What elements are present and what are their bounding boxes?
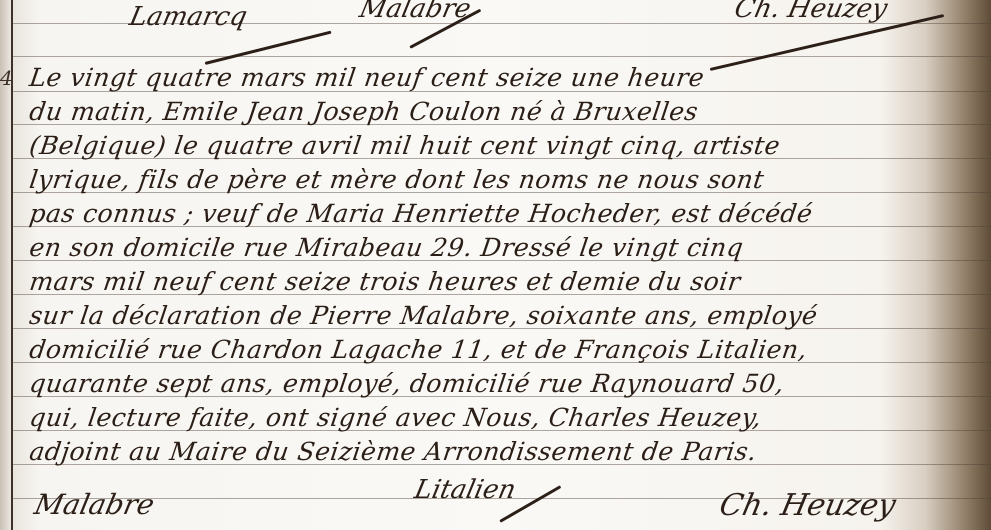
signature-lamarcq: Lamarcq: [127, 2, 250, 32]
signature-litalien: Litalien: [412, 475, 519, 505]
signature-heuzey-top: Ch. Heuzey: [732, 0, 890, 24]
margin-mark: 4: [0, 66, 13, 90]
text-line-10: quarante sept ans, employé, domicilié ru…: [28, 364, 939, 398]
text-line-5: pas connus ; veuf de Maria Henriette Hoc…: [28, 194, 939, 228]
ruled-line: [13, 56, 991, 57]
signature-malabre-bottom: Malabre: [31, 488, 157, 521]
text-line-7: mars mil neuf cent seize trois heures et…: [28, 262, 939, 296]
text-line-8: sur la déclaration de Pierre Malabre, so…: [28, 296, 939, 330]
text-line-2: du matin, Emile Jean Joseph Coulon né à …: [28, 92, 939, 126]
text-line-12: adjoint au Maire du Seizième Arrondissem…: [28, 432, 939, 466]
text-line-4: lyrique, fils de père et mère dont les n…: [28, 160, 939, 194]
text-line-3: (Belgique) le quatre avril mil huit cent…: [28, 126, 939, 160]
register-page: 4 Lamarcq Malabre Ch. Heuzey Le vingt qu…: [0, 0, 991, 530]
text-line-1: Le vingt quatre mars mil neuf cent seize…: [28, 58, 939, 92]
text-line-6: en son domicile rue Mirabeau 29. Dressé …: [28, 228, 939, 262]
text-line-11: qui, lecture faite, ont signé avec Nous,…: [28, 398, 939, 432]
signature-heuzey-bottom: Ch. Heuzey: [716, 488, 899, 523]
text-line-9: domicilié rue Chardon Lagache 11, et de …: [28, 330, 939, 364]
